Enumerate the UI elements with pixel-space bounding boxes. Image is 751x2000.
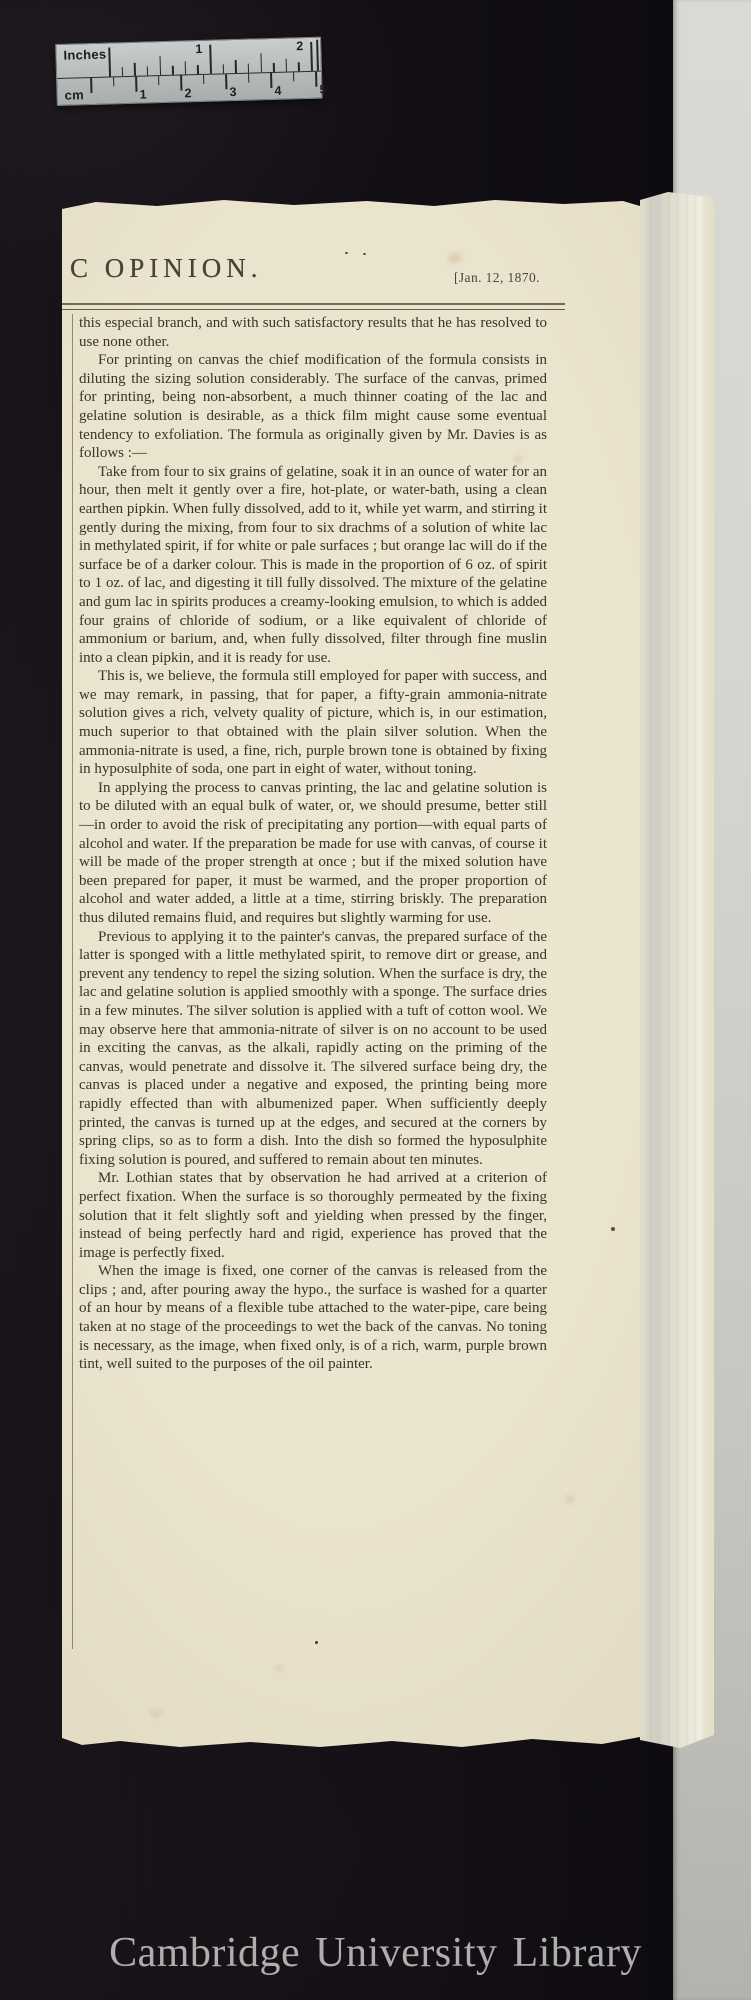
printer-mark-dot [315, 1641, 318, 1644]
paragraph: Take from four to six grains of gelatine… [79, 463, 547, 668]
paragraph: For printing on canvas the chief modific… [79, 351, 547, 463]
paragraph: Previous to applying it to the painter's… [79, 928, 547, 1170]
header-rule-top [62, 303, 565, 305]
ruler-cm-number: 1 [139, 87, 146, 101]
ruler-tick [225, 74, 227, 89]
ruler-cm-label: cm [64, 87, 84, 103]
library-watermark: Cambridge University Library [0, 1929, 751, 1977]
page-title: C OPINION. [70, 253, 263, 284]
ruler-tick [310, 42, 312, 71]
ruler-cm-number: 3 [229, 85, 236, 99]
ruler-inches-label: Inches [63, 47, 106, 63]
ruler-scale-divider [57, 71, 321, 79]
ink-speck [611, 1227, 615, 1231]
ruler-tick [90, 78, 92, 93]
ruler-tick [235, 60, 237, 73]
ruler-tick [134, 63, 136, 76]
ruler-tick [260, 53, 262, 72]
ruler-inch-number: 2 [296, 39, 303, 53]
paragraph: In applying the process to canvas printi… [79, 779, 547, 928]
page-fold-edge [640, 190, 714, 1748]
ruler-cm-number: 5 [319, 82, 326, 96]
ruler-tick [222, 64, 224, 73]
ruler-tick [121, 67, 123, 76]
ruler-face: Inches cm 1212345 [55, 37, 323, 106]
ruler-tick [315, 72, 317, 87]
ink-speck [363, 253, 366, 255]
ruler-tick [159, 56, 161, 75]
ruler-tick [113, 77, 115, 86]
ruler-tick [184, 61, 186, 74]
column-divider-rule [72, 314, 73, 1649]
ruler-tick [293, 72, 295, 81]
ruler-tick [197, 65, 199, 74]
ruler-tick [180, 75, 182, 90]
ruler-cm-number: 2 [184, 86, 191, 100]
foxing-spot [448, 253, 462, 263]
paragraph: This is, we believe, the formula still e… [79, 667, 547, 779]
paragraph: Mr. Lothian states that by observation h… [79, 1169, 547, 1262]
ruler-cm-number: 4 [274, 84, 281, 98]
header-rule-bottom [62, 309, 565, 310]
ruler-tick [248, 74, 250, 83]
ruler-tick [172, 66, 174, 75]
photo-scene: Inches cm 1212345 C OPINION. [Jan. 12, 1… [0, 0, 751, 2000]
foxing-spot [565, 1495, 575, 1503]
article-column: this especial branch, and with such sati… [79, 314, 547, 1374]
ruler-tick [135, 77, 137, 92]
ruler-tick [316, 40, 319, 71]
ruler-inch-number: 1 [195, 42, 202, 56]
foxing-spot [150, 1709, 162, 1718]
ruler-tick [209, 45, 211, 74]
ruler-tick [203, 75, 205, 84]
ruler-tick [147, 66, 149, 75]
paragraph: When the image is fixed, one corner of t… [79, 1262, 547, 1374]
ruler-tick [273, 63, 275, 72]
document-page: C OPINION. [Jan. 12, 1870. this especial… [62, 197, 640, 1748]
foxing-spot [274, 1665, 283, 1672]
ink-speck [345, 252, 348, 254]
ruler-tick [158, 76, 160, 85]
paragraph: this especial branch, and with such sati… [79, 314, 547, 351]
page-date: [Jan. 12, 1870. [454, 270, 540, 286]
ruler-tick [285, 59, 287, 72]
ruler-tick [108, 47, 110, 76]
ruler-tick [298, 62, 300, 71]
measurement-ruler: Inches cm 1212345 [55, 37, 323, 106]
ruler-tick [270, 73, 272, 88]
ruler-tick [248, 64, 250, 73]
